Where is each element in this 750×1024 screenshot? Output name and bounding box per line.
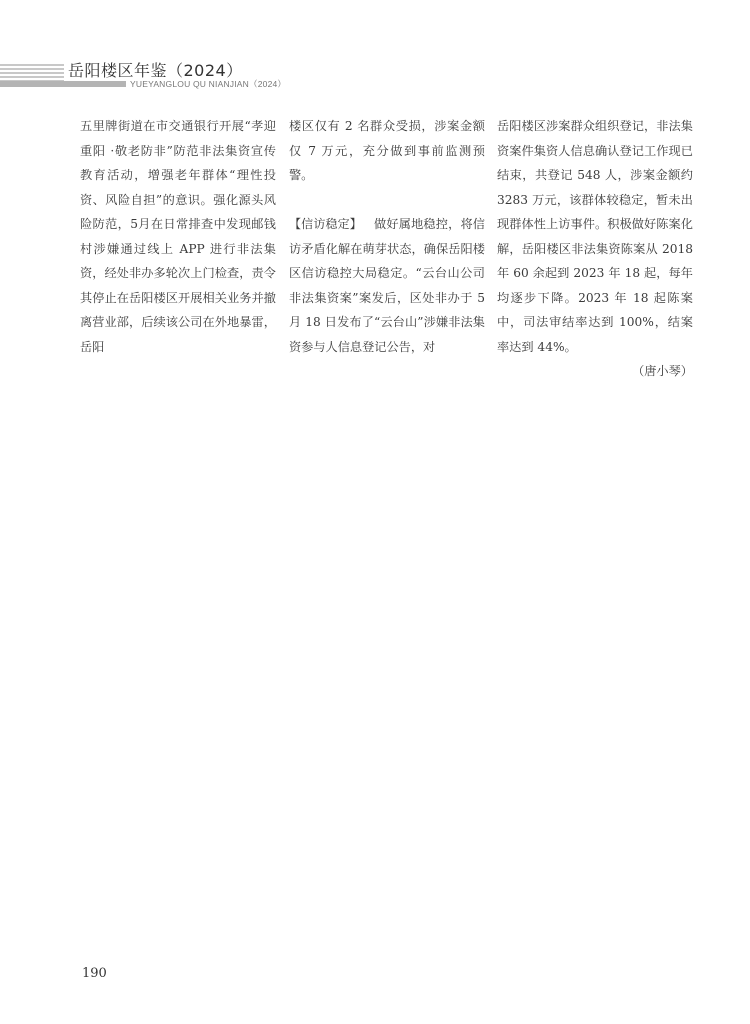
paragraph: 楼区仅有 2 名群众受损，涉案金额仅 7 万元，充分做到事前监测预警。 (289, 114, 485, 188)
header-bar-decoration (0, 81, 126, 87)
text-column-3: 岳阳楼区涉案群众组织登记，非法集资案件集资人信息确认登记工作现已结束，共登记 5… (497, 114, 693, 384)
paragraph-text: 做好属地稳控，将信访矛盾化解在萌芽状态，确保岳阳楼区信访稳控大局稳定。“云台山公… (289, 217, 485, 354)
running-header: 岳阳楼区年鉴（2024） YUEYANGLOU QU NIANJIAN（2024… (0, 58, 750, 98)
header-stripes-decoration (0, 64, 64, 82)
page-number: 190 (82, 966, 107, 981)
section-heading: 【信访稳定】 (289, 217, 362, 231)
paragraph-xinfang: 【信访稳定】 做好属地稳控，将信访矛盾化解在萌芽状态，确保岳阳楼区信访稳控大局稳… (289, 212, 485, 359)
author-credit: （唐小琴） (497, 359, 693, 384)
text-column-2: 楼区仅有 2 名群众受损，涉案金额仅 7 万元，充分做到事前监测预警。 【信访稳… (289, 114, 485, 359)
text-column-1: 五里牌街道在市交通银行开展“孝迎重阳 ·敬老防非”防范非法集资宣传教育活动，增强… (80, 114, 276, 359)
yearbook-subtitle: YUEYANGLOU QU NIANJIAN（2024） (130, 78, 286, 90)
paragraph: 五里牌街道在市交通银行开展“孝迎重阳 ·敬老防非”防范非法集资宣传教育活动，增强… (80, 114, 276, 359)
paragraph: 岳阳楼区涉案群众组织登记，非法集资案件集资人信息确认登记工作现已结束，共登记 5… (497, 114, 693, 359)
